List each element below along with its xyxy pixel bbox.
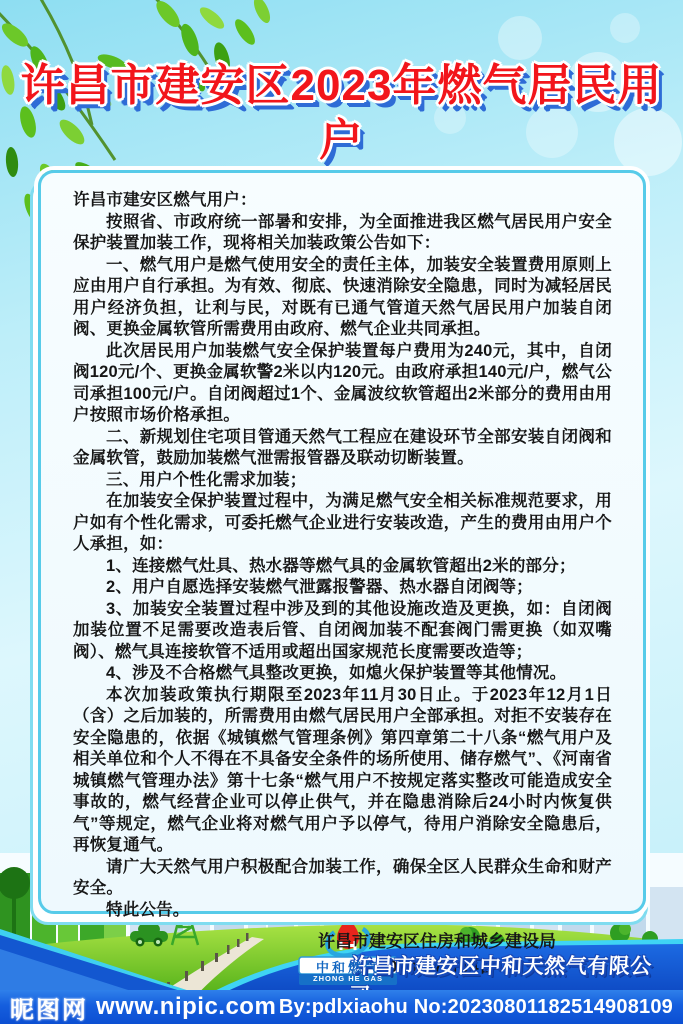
notice-paragraph: 3、加装安全装置过程中涉及到的其他设施改造及更换，如：自闭阀加装位置不足需要改造… (73, 599, 612, 664)
notice-paragraph: 二、新规划住宅项目管通天然气工程应在建设环节全部安装自闭阀和金属软管，鼓励加装燃… (73, 427, 612, 470)
watermark-credit: By:pdlxiaohu No:20230801182514908109 (279, 996, 673, 1019)
notice-paragraph: 在加装安全保护装置过程中，为满足燃气安全相关标准规范要求，用户如有个性化需求，可… (73, 491, 612, 556)
notice-paragraph: 一、燃气用户是燃气使用安全的责任主体，加装安全装置费用原则上应由用户自行承担。为… (73, 255, 612, 341)
notice-paragraph: 三、用户个性化需求加装； (73, 470, 612, 492)
notice-paragraph: 特此公告。 (73, 900, 612, 922)
watermark-site: 昵图网 www.nipic.com (10, 990, 276, 1024)
company-logo-en-label: ZHONG HE GAS (301, 974, 395, 983)
notice-paragraph: 请广大天然气用户积极配合加装工作，确保全区人民群众生命和财产安全。 (73, 857, 612, 900)
poster-title-line1: 许昌市建安区2023年燃气居民用户 (0, 58, 683, 168)
notice-paragraph: 此次居民用户加装燃气安全保护装置每户费用为240元，其中，自闭阀120元/个、更… (73, 341, 612, 427)
notice-paragraph: 2、用户自愿选择安装燃气泄露报警器、热水器自闭阀等； (73, 577, 612, 599)
notice-paragraph: 4、涉及不合格燃气具整改更换，如熄火保护装置等其他情况。 (73, 663, 612, 685)
notice-body: 按照省、市政府统一部暑和安排，为全面推进我区燃气居民用户安全保护装置加装工作，现… (73, 212, 612, 922)
gas-notice-poster: 许昌市建安区2023年燃气居民用户 安全装置加装工作公告 许昌市建安区燃气用户：… (0, 0, 683, 1024)
site-name-logo: 昵图网 (10, 990, 88, 1024)
site-url[interactable]: www.nipic.com (96, 993, 276, 1021)
notice-paragraph: 本次加装政策执行期限至2023年11月30日止。于2023年12月1日（含）之后… (73, 685, 612, 857)
notice-panel: 许昌市建安区燃气用户： 按照省、市政府统一部暑和安排，为全面推进我区燃气居民用户… (38, 170, 646, 914)
notice-salutation: 许昌市建安区燃气用户： (73, 190, 612, 212)
watermark-bar: 昵图网 www.nipic.com By:pdlxiaohu No:202308… (0, 990, 683, 1024)
notice-paragraph: 按照省、市政府统一部暑和安排，为全面推进我区燃气居民用户安全保护装置加装工作，现… (73, 212, 612, 255)
notice-paragraph: 1、连接燃气灶具、热水器等燃气具的金属软管超出2米的部分； (73, 556, 612, 578)
